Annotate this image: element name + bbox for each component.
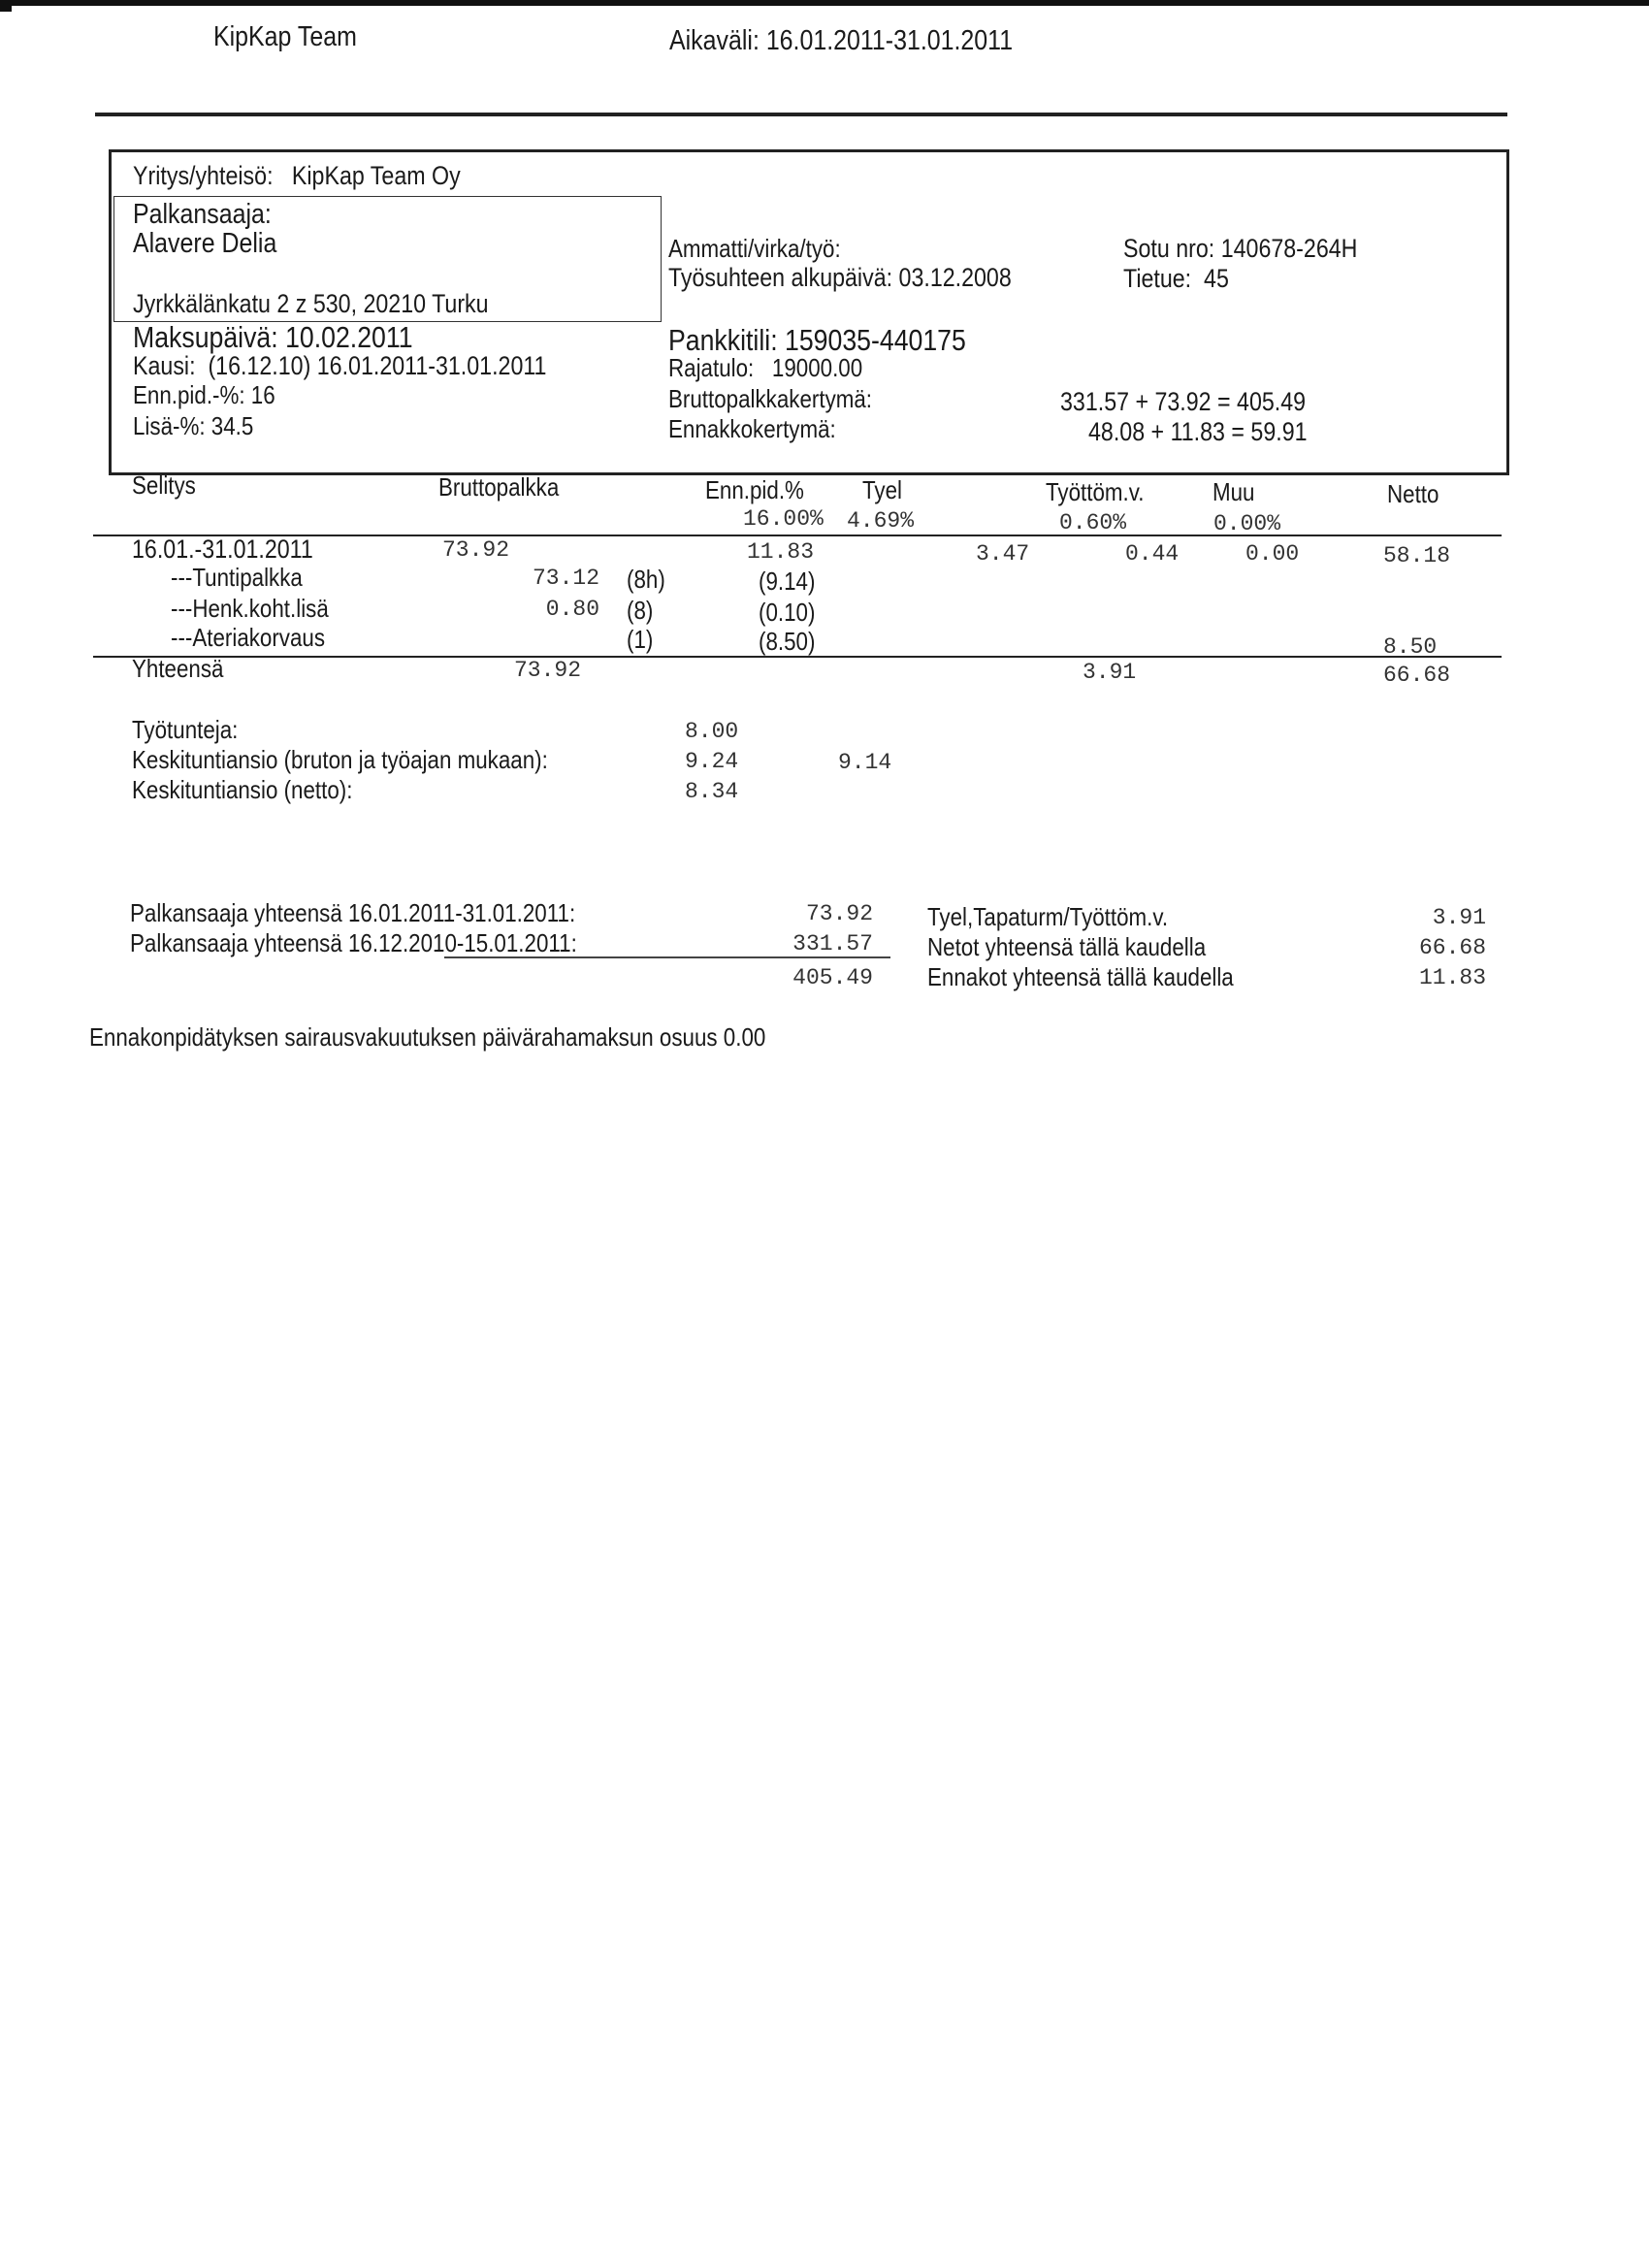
col-header-tyel: Tyel — [862, 475, 909, 505]
season: Kausi: (16.12.10) 16.01.2011-31.01.2011 — [133, 351, 614, 381]
rate-withholding: 16.00% — [743, 506, 824, 532]
summary-right-value: 11.83 — [1368, 965, 1486, 990]
avg-gross-value: 9.24 — [685, 749, 738, 774]
avg-gross-value-2: 9.14 — [838, 750, 891, 775]
income-limit: Rajatulo: 19000.00 — [668, 353, 894, 383]
col-header-net: Netto — [1387, 479, 1447, 509]
summary-right-value: 3.91 — [1368, 905, 1486, 930]
item-description: ---Henk.koht.lisä — [171, 594, 354, 624]
period-row-withholding: 11.83 — [747, 539, 814, 565]
item-unit-price: (8.50) — [759, 627, 824, 657]
employee-address: Jyrkkälänkatu 2 z 530, 20210 Turku — [133, 289, 546, 319]
summary-right-label: Netot yhteensä tällä kaudella — [927, 932, 1251, 962]
period-row-other: 0.00 — [1245, 541, 1299, 567]
total-row-net: 66.68 — [1383, 663, 1450, 688]
work-hours-label: Työtunteja: — [132, 715, 255, 745]
avg-net-value: 8.34 — [685, 779, 738, 804]
period-row-tyel: 3.47 — [976, 541, 1029, 567]
item-quantity: (8) — [627, 596, 658, 626]
item-quantity: (1) — [627, 625, 658, 655]
occupation: Ammatti/virka/työ: — [668, 234, 869, 264]
ssn: Sotu nro: 140678-264H — [1123, 234, 1396, 264]
gross-accumulation-label: Bruttopalkkakertymä: — [668, 384, 905, 414]
scan-corner — [0, 0, 12, 12]
summary-left-total: 405.49 — [757, 965, 873, 990]
total-row-description: Yhteensä — [132, 654, 239, 684]
period-row-unemployment: 0.44 — [1125, 541, 1179, 567]
col-header-withholding: Enn.pid.% — [705, 475, 821, 505]
payment-date: Maksupäivä: 10.02.2011 — [133, 320, 459, 355]
summary-left-label: Palkansaaja yhteensä 16.01.2011-31.01.20… — [130, 898, 648, 928]
period-header: Aikaväli: 16.01.2011-31.01.2011 — [669, 25, 1069, 57]
item-description: ---Tuntipalkka — [171, 563, 324, 593]
company-short-name: KipKap Team — [213, 21, 380, 53]
header-divider — [95, 113, 1507, 116]
period-row-gross: 73.92 — [442, 537, 509, 563]
col-header-other: Muu — [1212, 477, 1262, 507]
avg-net-label: Keskituntiansio (netto): — [132, 775, 388, 805]
gross-accumulation-value: 331.57 + 73.92 = 405.49 — [1060, 387, 1345, 417]
period-row-description: 16.01.-31.01.2011 — [132, 535, 342, 565]
period-row-net: 58.18 — [1383, 543, 1450, 568]
work-hours-value: 8.00 — [685, 719, 738, 744]
employment-start: Työsuhteen alkupäivä: 03.12.2008 — [668, 263, 1067, 293]
employee-name: Alavere Delia — [133, 228, 300, 260]
withholding-percent: Enn.pid.-%: 16 — [133, 380, 299, 410]
summary-left-value: 73.92 — [757, 901, 873, 926]
rate-unemployment: 0.60% — [1059, 510, 1126, 535]
total-row-gross: 73.92 — [514, 658, 581, 683]
summary-left-value: 331.57 — [757, 931, 873, 956]
summary-total-underline — [444, 956, 890, 958]
rate-other: 0.00% — [1213, 511, 1280, 536]
company-field: Yritys/yhteisö: KipKap Team Oy — [133, 161, 514, 191]
summary-right-label: Tyel,Tapaturm/Työttöm.v. — [927, 902, 1208, 932]
col-header-unemployment: Työttöm.v. — [1046, 477, 1160, 507]
total-row-deductions: 3.91 — [1083, 660, 1136, 685]
record-number: Tietue: 45 — [1123, 264, 1246, 294]
item-amount: 0.80 — [485, 597, 599, 622]
item-quantity: (8h) — [627, 565, 671, 595]
item-amount: 73.12 — [485, 566, 599, 591]
withholding-accumulation-label: Ennakkokertymä: — [668, 414, 863, 444]
scan-edge — [0, 0, 1649, 6]
rate-tyel: 4.69% — [847, 508, 914, 534]
footer-note: Ennakonpidätyksen sairausvakuutuksen päi… — [89, 1022, 876, 1053]
avg-gross-label: Keskituntiansio (bruton ja työajan mukaa… — [132, 745, 616, 775]
extra-percent: Lisä-%: 34.5 — [133, 411, 274, 441]
item-unit-price: (0.10) — [759, 598, 824, 628]
col-header-description: Selitys — [132, 470, 207, 501]
item-unit-price: (9.14) — [759, 567, 824, 597]
withholding-accumulation-value: 48.08 + 11.83 = 59.91 — [1088, 417, 1342, 447]
summary-left-label: Palkansaaja yhteensä 16.12.2010-15.01.20… — [130, 928, 650, 958]
item-description: ---Ateriakorvaus — [171, 623, 350, 653]
employee-label: Palkansaaja: — [133, 199, 294, 231]
summary-right-label: Ennakot yhteensä tällä kaudella — [927, 962, 1283, 992]
table-total-divider — [93, 656, 1502, 658]
summary-right-value: 66.68 — [1368, 935, 1486, 960]
col-header-gross: Bruttopalkka — [438, 472, 579, 502]
